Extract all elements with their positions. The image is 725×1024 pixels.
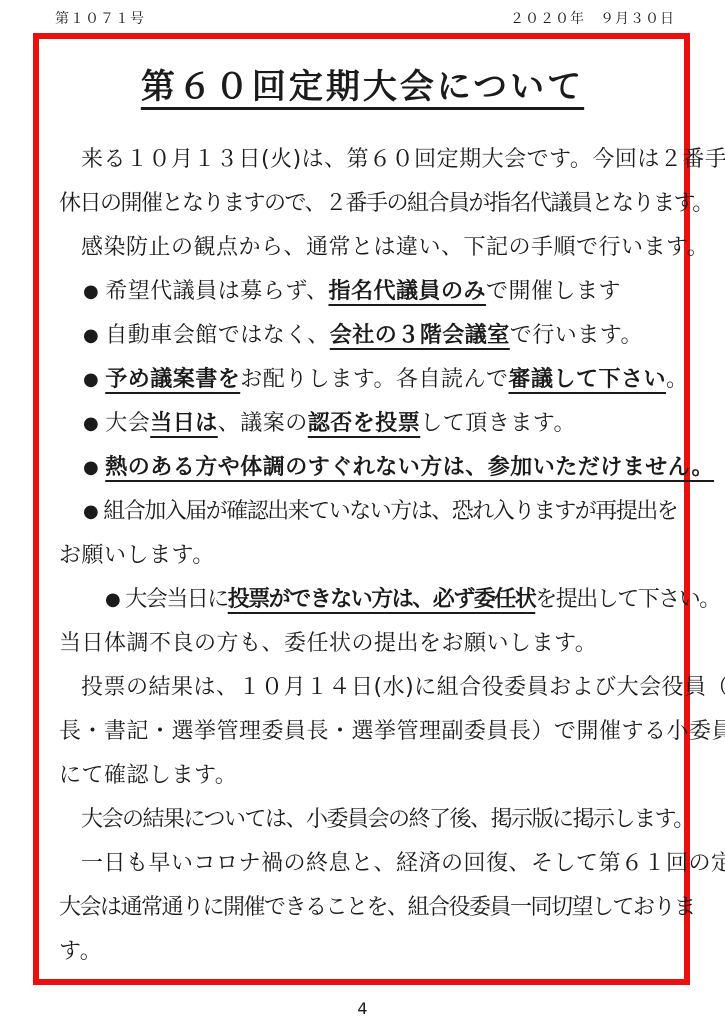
body-text: で行います。: [510, 323, 643, 348]
body-text: 長・書記・選挙管理委員長・選挙管理副委員長）で開催する小委員会: [59, 719, 725, 744]
emphasis-text: 認否を投票: [308, 411, 421, 436]
body-line: ●組合加入届が確認出来ていない方は、恐れ入りますが再提出を: [59, 490, 666, 534]
body-text: 一日も早いコロナ禍の終息と、経済の回復、そして第６１回の定期: [81, 851, 725, 876]
emphasis-text: 投票ができない方は、必ず委任状: [228, 587, 536, 612]
body-line: 大会の結果については、小委員会の終了後、掲示版に掲示します。: [59, 798, 666, 842]
body-text: 当日体調不良の方も、委任状の提出をお願いします。: [59, 631, 597, 656]
bullet-icon: ●: [83, 369, 99, 390]
body-text: お願いします。: [59, 543, 215, 568]
body-line: ●大会当日は、議案の認否を投票して頂きます。: [59, 402, 666, 446]
bullet-icon: ●: [105, 589, 119, 610]
body-text: にて確認します。: [59, 763, 237, 788]
body-text: す。: [59, 939, 102, 964]
emphasis-text: 熱のある方や体調のすぐれない方は、参加いただけません。: [105, 455, 714, 480]
body-text: 大会の結果については、小委員会の終了後、掲示版に掲示します。: [81, 807, 694, 832]
emphasis-text: 会社の３階会議室: [330, 323, 510, 348]
body-line: 休日の開催となりますので、２番手の組合員が指名代議員となります。: [59, 182, 666, 226]
body-line: 来る１０月１３日(火)は、第６０回定期大会です。今回は２番手公: [59, 138, 666, 182]
body-line: ●希望代議員は募らず、指名代議員のみで開催します: [59, 270, 666, 314]
body-text: 、議案の: [218, 411, 308, 436]
body-line: ●熱のある方や体調のすぐれない方は、参加いただけません。: [59, 446, 666, 490]
red-border-box: 第６０回定期大会について 来る１０月１３日(火)は、第６０回定期大会です。今回は…: [33, 33, 690, 985]
body-text: お配りします。各自読んで: [240, 367, 508, 392]
emphasis-text: 審議して下さい: [508, 367, 666, 392]
body-text: 大会当日に: [125, 587, 228, 612]
body-text: で開催します: [486, 279, 621, 304]
bullet-icon: ●: [83, 413, 99, 434]
bullet-icon: ●: [83, 325, 99, 346]
body-text: 組合加入届が確認出来ていない方は、恐れ入りますが再提出を: [103, 499, 677, 524]
body-line: ●大会当日に投票ができない方は、必ず委任状を提出して下さい。: [59, 578, 666, 622]
body-text: 大会: [105, 411, 150, 436]
document-title-text: 第６０回定期大会について: [141, 67, 584, 107]
body-line: にて確認します。: [59, 754, 666, 798]
document-title: 第６０回定期大会について: [59, 59, 666, 108]
body-text: 来る１０月１３日(火)は、第６０回定期大会です。今回は２番手公: [81, 147, 725, 172]
body-text: 感染防止の観点から、通常とは違い、下記の手順で行います。: [81, 235, 709, 260]
body-line: お願いします。: [59, 534, 666, 578]
bullet-icon: ●: [83, 281, 99, 302]
body-text: して頂きます。: [420, 411, 576, 436]
body-line: す。: [59, 930, 666, 974]
body-text: 投票の結果は、１０月１４日(水)に組合役委員および大会役員（議: [81, 675, 725, 700]
page-header: 第１０７１号 ２０２０年 ９月３０日: [55, 8, 675, 28]
body-line: ●予め議案書をお配りします。各自読んで審議して下さい。: [59, 358, 666, 402]
body-line: 長・書記・選挙管理委員長・選挙管理副委員長）で開催する小委員会: [59, 710, 666, 754]
body-line: 当日体調不良の方も、委任状の提出をお願いします。: [59, 622, 666, 666]
emphasis-text: 予め議案書を: [105, 367, 240, 392]
bullet-icon: ●: [83, 501, 97, 522]
body-text: 休日の開催となりますので、２番手の組合員が指名代議員となります。: [59, 191, 713, 216]
issue-number: 第１０７１号: [55, 8, 145, 28]
body-line: 投票の結果は、１０月１４日(水)に組合役委員および大会役員（議: [59, 666, 666, 710]
emphasis-text: 指名代議員のみ: [328, 279, 486, 304]
body-line: 感染防止の観点から、通常とは違い、下記の手順で行います。: [59, 226, 666, 270]
body-text: 大会は通常通りに開催できることを、組合役委員一同切望しておりま: [59, 895, 695, 920]
bullet-icon: ●: [83, 457, 99, 478]
body-text: を提出して下さい。: [535, 587, 720, 612]
body-text: 希望代議員は募らず、: [105, 279, 328, 304]
page-number: 4: [357, 999, 367, 1018]
body-line: 大会は通常通りに開催できることを、組合役委員一同切望しておりま: [59, 886, 666, 930]
issue-date: ２０２０年 ９月３０日: [510, 8, 675, 28]
page-footer: 4: [0, 999, 725, 1018]
body-text: 。: [666, 367, 689, 392]
body-line: ●自動車会館ではなく、会社の３階会議室で行います。: [59, 314, 666, 358]
body-lines: 来る１０月１３日(火)は、第６０回定期大会です。今回は２番手公休日の開催となりま…: [59, 138, 666, 974]
body-line: 一日も早いコロナ禍の終息と、経済の回復、そして第６１回の定期: [59, 842, 666, 886]
emphasis-text: 当日は: [150, 411, 218, 436]
document-page: 第１０７１号 ２０２０年 ９月３０日 第６０回定期大会について 来る１０月１３日…: [0, 0, 725, 1024]
body-text: 自動車会館ではなく、: [105, 323, 330, 348]
